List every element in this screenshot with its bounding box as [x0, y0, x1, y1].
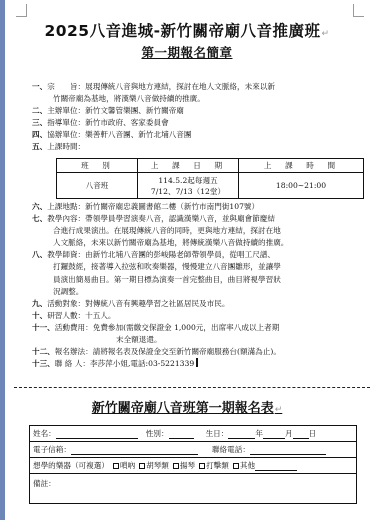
cut-line-divider	[14, 387, 370, 388]
phone-label: 聯絡電話：	[212, 444, 250, 455]
document-subtitle: 第一期報名簡章	[0, 43, 374, 61]
cell-date: 114.5.2起每週五7/12、7/13（12堂）	[138, 173, 239, 199]
checkbox-huqin[interactable]	[139, 463, 145, 469]
checkbox-suona[interactable]	[113, 463, 119, 469]
list-item: 四、協辦單位：樂善軒八音團、新竹北埔八音團	[32, 129, 362, 141]
name-label: 姓名：	[33, 428, 56, 439]
birth-day-field[interactable]	[293, 429, 309, 439]
header-time: 上 課 時 間	[239, 159, 364, 173]
birth-year-field[interactable]	[228, 429, 255, 439]
form-row-basic-info: 姓名： 性別： 生日： 年 月 日	[30, 426, 356, 442]
form-row-instruments: 想學的樂器（可複選） 嗩吶 胡琴類 揚琴 打擊類 其他	[30, 458, 356, 474]
header-date: 上 課 日 期	[138, 159, 239, 173]
gender-field[interactable]	[169, 429, 194, 439]
phone-field[interactable]	[250, 445, 326, 455]
table-header-row: 班 別 上 課 日 期 上 課 時 間	[57, 159, 364, 173]
cell-class: 八音班	[57, 173, 138, 199]
list-item: 十三、聯 絡 人：李莎萍小姐,電話:03-5221339	[32, 358, 367, 370]
form-row-contact: 電子信箱： 聯絡電話：	[30, 442, 356, 458]
cell-time: 18:00~21:00	[239, 173, 364, 199]
info-list-continued: 六、上課地點：新竹關帝廟忠義圖書館二樓（新竹市南門街107號） 七、教學內容：帶…	[32, 201, 367, 370]
birth-month-field[interactable]	[263, 429, 285, 439]
list-item: 九、活動對象：對傳統八音有興趣學習之社區居民及市民。	[32, 298, 367, 310]
checkbox-yangqin[interactable]	[173, 463, 179, 469]
crop-mark-top-right	[353, 4, 364, 17]
header-class: 班 別	[57, 159, 138, 173]
crop-mark-top-left	[16, 4, 27, 17]
schedule-table: 班 別 上 課 日 期 上 課 時 間 八音班 114.5.2起每週五7/12、…	[56, 158, 364, 199]
text-cursor	[196, 358, 198, 367]
list-item-continuation: 況調整。	[32, 286, 367, 298]
list-item: 一、宗 旨：展現傳統八音與地方連結，探討在地人文脈絡，未來以新	[32, 81, 362, 93]
instrument-label: 想學的樂器（可複選）	[33, 460, 109, 471]
info-list: 一、宗 旨：展現傳統八音與地方連結，探討在地人文脈絡，未來以新 竹關帝廟為基地，…	[32, 81, 362, 154]
notes-label: 備註：	[33, 478, 56, 489]
birthday-label: 生日：	[206, 428, 229, 439]
list-item-continuation: 人文脈絡，未來以新竹關帝廟為基地，將傳統漢樂八音做持續的推廣。	[32, 237, 367, 249]
email-field[interactable]	[71, 445, 198, 455]
other-instrument-field[interactable]	[255, 461, 297, 471]
list-item: 八、教學師資：由新竹北埔八音團的彭峻陽老師帶領學員，從唱工尺譜、	[32, 249, 367, 261]
list-item-continuation: 員演出簡易曲目。第一期目標為演奏一首完整曲目，曲目將視學習狀	[32, 274, 367, 286]
checkbox-other[interactable]	[233, 463, 239, 469]
list-item: 七、教學內容：帶領學員學習演奏八音，認識漢樂八音，並與廟會節慶結	[32, 213, 367, 225]
checkbox-percussion[interactable]	[199, 463, 205, 469]
list-item-continuation: 末全額退還。	[32, 334, 367, 346]
list-item: 二、主辦單位：新竹文馨管樂團、新竹關帝廟	[32, 105, 362, 117]
document-title: 2025八音進城-新竹關帝廟八音推廣班↵	[0, 19, 374, 41]
list-item: 十、研習人數：十五人。	[32, 310, 367, 322]
list-item: 三、指導單位：新竹市政府、客家委員會	[32, 117, 362, 129]
table-row: 八音班 114.5.2起每週五7/12、7/13（12堂） 18:00~21:0…	[57, 173, 364, 199]
list-item: 六、上課地點：新竹關帝廟忠義圖書館二樓（新竹市南門街107號）	[32, 201, 367, 213]
list-item: 十一、活動費用：免費參加(需繳交保證金 1,000元，出席率八成以上者期	[32, 322, 367, 334]
list-item-continuation: 打鑼鼓經，接著導入拉弦和吹奏樂器，慢慢建立八音團雛形，並讓學	[32, 261, 367, 273]
form-title: 新竹關帝廟八音班第一期報名表↵	[0, 397, 374, 416]
list-item-continuation: 竹關帝廟為基地，將漢樂八音做持續的推廣。	[32, 93, 362, 105]
list-item-continuation: 合進行成果演出。在展現傳統八音的同時，更與地方連結，探討在地	[32, 225, 367, 237]
gender-label: 性別：	[146, 428, 169, 439]
list-item: 十二、報名辦法：請將報名表及保證金交至新竹關帝廟服務台(額滿為止)。	[32, 346, 367, 358]
registration-form: 姓名： 性別： 生日： 年 月 日 電子信箱： 聯絡電話： 想學的樂器（可複選）…	[29, 425, 357, 504]
list-item: 五、上課時間：	[32, 141, 362, 153]
form-row-notes[interactable]: 備註：	[30, 474, 356, 503]
email-label: 電子信箱：	[33, 444, 71, 455]
name-field[interactable]	[56, 429, 138, 439]
